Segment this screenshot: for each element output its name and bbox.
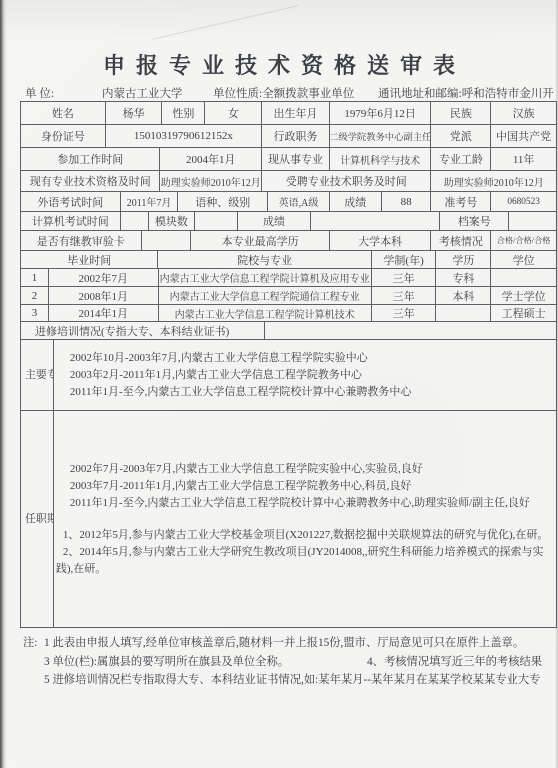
edu-school: 内蒙古工业大学信息工程学院计算机技术: [159, 305, 372, 321]
seniority-value: 11年: [491, 148, 556, 170]
lang-score-label: 成绩: [330, 192, 382, 211]
study-years-header: 学制(年): [372, 251, 437, 268]
form-title: 申报专业技术资格送审表: [0, 49, 558, 80]
edu-diploma: 专科: [436, 269, 491, 286]
continuing-edu-card-value: [142, 231, 192, 250]
edu-row-number: 3: [21, 305, 49, 321]
edu-degree: 学士学位: [491, 287, 556, 304]
edu-diploma: [436, 305, 491, 321]
ticket-number-label: 准考号: [431, 192, 491, 211]
computer-exam-time-value: [121, 212, 149, 230]
footnote-5: 5 进修培训情况栏专指取得大专、本科结业证书情况,如:某年某月--某年某月在某某…: [44, 671, 540, 690]
edu-years: 三年: [372, 269, 437, 286]
table-row-computer: 计算机考试时间 模块数 成绩 档案号: [21, 212, 556, 231]
admin-post-value: 二级学院教务中心副主任: [330, 125, 432, 147]
tasks-line: 2002年7月-2003年7月,内蒙古工业大学信息工程学院实验中心,实验员,良好: [56, 461, 423, 478]
degree-header: 学位: [491, 251, 556, 268]
edu-years: 三年: [372, 287, 437, 304]
language-level-value: 英语,A级: [268, 192, 330, 211]
training-row: 进修培训情况(专指大专、本科结业证书): [21, 322, 556, 340]
lang-score-value: 88: [382, 192, 432, 211]
continuing-edu-card-label: 是否有继教审验卡: [21, 231, 142, 250]
ethnic-label: 民族: [431, 102, 491, 124]
party-label: 党派: [431, 125, 491, 147]
footnotes: 注: 1 此表由申报人填写,经单位审核盖章后,随材料一并上报15份,盟市、厅局意…: [0, 634, 558, 690]
edu-grad-time: 2002年7月: [49, 269, 159, 286]
module-count-value: [195, 212, 238, 230]
tasks-line: 2003年7月-2011年1月,内蒙古工业大学信息工程学院教务中心,科员,良好: [56, 478, 412, 495]
footnote-line: 3 单位(栏):属旗县的要写明所在旗县及单位全称。 4、考核情况填写近三年的考核…: [0, 653, 558, 672]
unit-nature: 单位性质:全额拨款事业单位: [213, 85, 354, 101]
edu-row-number: 1: [21, 269, 49, 286]
education-row: 1 2002年7月 内蒙古工业大学信息工程学院计算机及应用专业 三年 专科: [21, 269, 556, 287]
table-row-basic1: 姓名 杨华 性别 女 出生年月 1979年6月12日 民族 汉族: [21, 102, 556, 125]
school-header: 院校与专业: [158, 251, 371, 268]
footnote-1: 1 此表由申报人填写,经单位审核盖章后,随材料一并上报15份,盟市、厅局意见可只…: [44, 634, 524, 653]
footnote-prefix: 注:: [23, 634, 37, 653]
training-value: [265, 322, 556, 339]
highest-degree-value: 大学本科: [330, 231, 432, 250]
module-count-label: 模块数: [149, 212, 196, 230]
paper-crease: [152, 5, 298, 40]
computer-score-label: 成绩: [238, 212, 311, 230]
name-label: 姓名: [21, 102, 106, 124]
id-value: 15010319790612152x: [106, 125, 262, 147]
party-value: 中国共产党: [491, 125, 556, 147]
qualification-form-table: 姓名 杨华 性别 女 出生年月 1979年6月12日 民族 汉族 身份证号 15…: [20, 101, 557, 628]
assessment-label: 考核情况: [431, 231, 491, 250]
work-history-label: 主要专业工作经历: [21, 340, 54, 410]
work-history-row: 主要专业工作经历 2002年10月-2003年7月,内蒙古工业大学信息工程学院实…: [21, 340, 556, 411]
edu-diploma: 本科: [436, 287, 491, 304]
file-number-value: [509, 212, 556, 230]
join-work-value: 2004年1月: [160, 148, 262, 170]
birth-value: 1979年6月12日: [330, 102, 432, 124]
table-row-foreign-lang: 外语考试时间 2011年7月 语种、级别 英语,A级 成绩 88 准考号 068…: [21, 192, 556, 212]
seniority-label: 专业工龄: [431, 148, 491, 170]
file-number-label: 档案号: [440, 212, 509, 230]
work-history-content: 2002年10月-2003年7月,内蒙古工业大学信息工程学院实验中心 2003年…: [54, 340, 556, 410]
scanned-form-page: 申报专业技术资格送审表 单 位: 内蒙古工业大学 单位性质:全额拨款事业单位 通…: [0, 0, 558, 768]
footnote-3: 3 单位(栏):属旗县的要写明所在旗县及单位全称。: [44, 653, 289, 672]
tasks-project-item: 1、2012年5月,参与内蒙古工业大学校基金项目(X201227,数据挖掘中关联…: [56, 527, 555, 544]
edu-degree: [491, 269, 556, 286]
unit-address: 通讯地址和邮编:呼和浩特市金川开: [378, 85, 554, 101]
edu-degree: 工程硕士: [491, 305, 556, 321]
hired-post-value: 助理实验师2010年12月: [431, 171, 556, 191]
language-level-label: 语种、级别: [178, 192, 268, 211]
profession-value: 计算机科学与技术: [330, 148, 432, 170]
foreign-exam-time-label: 外语考试时间: [21, 192, 121, 211]
admin-post-label: 行政职务: [262, 125, 330, 147]
edu-school: 内蒙古工业大学信息工程学院通信工程专业: [159, 287, 372, 304]
edu-grad-time: 2014年1月: [49, 305, 159, 321]
unit-info-line: 单 位: 内蒙古工业大学 单位性质:全额拨款事业单位 通讯地址和邮编:呼和浩特市…: [0, 85, 558, 101]
tasks-row: 任职期间承担过何种专业技术任务及完成情况 2002年7月-2003年7月,内蒙古…: [21, 411, 556, 627]
table-row-qualification: 现有专业技术资格及时间 助理实验师2010年12月 受聘专业技术职务及时间 助理…: [21, 171, 556, 192]
table-row-education-card: 是否有继教审验卡 本专业最高学历 大学本科 考核情况 合格/合格/合格: [21, 231, 556, 251]
id-label: 身份证号: [21, 125, 106, 147]
name-value: 杨华: [106, 102, 163, 124]
tasks-label: 任职期间承担过何种专业技术任务及完成情况: [21, 411, 54, 627]
computer-score-value: [311, 212, 441, 230]
tasks-content: 2002年7月-2003年7月,内蒙古工业大学信息工程学院实验中心,实验员,良好…: [54, 411, 556, 627]
footnote-line: 5 进修培训情况栏专指取得大专、本科结业证书情况,如:某年某月--某年某月在某某…: [0, 671, 558, 690]
footnote-line: 注: 1 此表由申报人填写,经单位审核盖章后,随材料一并上报15份,盟市、厅局意…: [0, 634, 558, 653]
footnote-4: 4、考核情况填写近三年的考核结果: [367, 653, 542, 672]
edu-years: 三年: [372, 305, 437, 321]
education-row: 3 2014年1月 内蒙古工业大学信息工程学院计算机技术 三年 工程硕士: [21, 305, 556, 322]
training-label: 进修培训情况(专指大专、本科结业证书): [21, 322, 265, 339]
highest-degree-label: 本专业最高学历: [191, 231, 329, 250]
current-qualification-value: 助理实验师2010年12月: [160, 171, 262, 191]
foreign-exam-time-value: 2011年7月: [121, 192, 179, 211]
ethnic-value: 汉族: [491, 102, 556, 124]
unit-value: 内蒙古工业大学: [102, 85, 183, 101]
computer-exam-time-label: 计算机考试时间: [21, 212, 121, 230]
tasks-line: 2011年1月-至今,内蒙古工业大学信息工程学院校计算中心兼聘教务中心,助理实验…: [56, 495, 530, 512]
gender-label: 性别: [162, 102, 205, 124]
tasks-project-item: 2、2014年5月,参与内蒙古工业大学研究生教改项目(JY2014008,,研究…: [56, 544, 556, 578]
work-history-line: 2011年1月-至今,内蒙古工业大学信息工程学院校计算中心兼聘教务中心: [56, 384, 412, 401]
diploma-header: 学历: [436, 251, 491, 268]
assessment-value: 合格/合格/合格: [491, 231, 556, 250]
table-row-work: 参加工作时间 2004年1月 现从事专业 计算机科学与技术 专业工龄 11年: [21, 148, 556, 171]
ticket-number-value: 0680523: [491, 192, 556, 211]
edu-school: 内蒙古工业大学信息工程学院计算机及应用专业: [159, 269, 372, 286]
education-row: 2 2008年1月 内蒙古工业大学信息工程学院通信工程专业 三年 本科 学士学位: [21, 287, 556, 305]
work-history-line: 2002年10月-2003年7月,内蒙古工业大学信息工程学院实验中心: [56, 350, 368, 367]
grad-time-header: 毕业时间: [21, 251, 158, 268]
work-history-line: 2003年2月-2011年1月,内蒙古工业大学信息工程学院教务中心: [56, 367, 362, 384]
join-work-label: 参加工作时间: [21, 148, 160, 170]
current-qualification-label: 现有专业技术资格及时间: [21, 171, 160, 191]
gender-value: 女: [205, 102, 262, 124]
table-row-basic2: 身份证号 15010319790612152x 行政职务 二级学院教务中心副主任…: [21, 125, 556, 148]
unit-label: 单 位:: [25, 85, 54, 101]
education-header-row: 毕业时间 院校与专业 学制(年) 学历 学位: [21, 251, 556, 269]
edu-row-number: 2: [21, 287, 49, 304]
hired-post-label: 受聘专业技术职务及时间: [262, 171, 431, 191]
profession-label: 现从事专业: [262, 148, 330, 170]
edu-grad-time: 2008年1月: [49, 287, 159, 304]
birth-label: 出生年月: [262, 102, 330, 124]
